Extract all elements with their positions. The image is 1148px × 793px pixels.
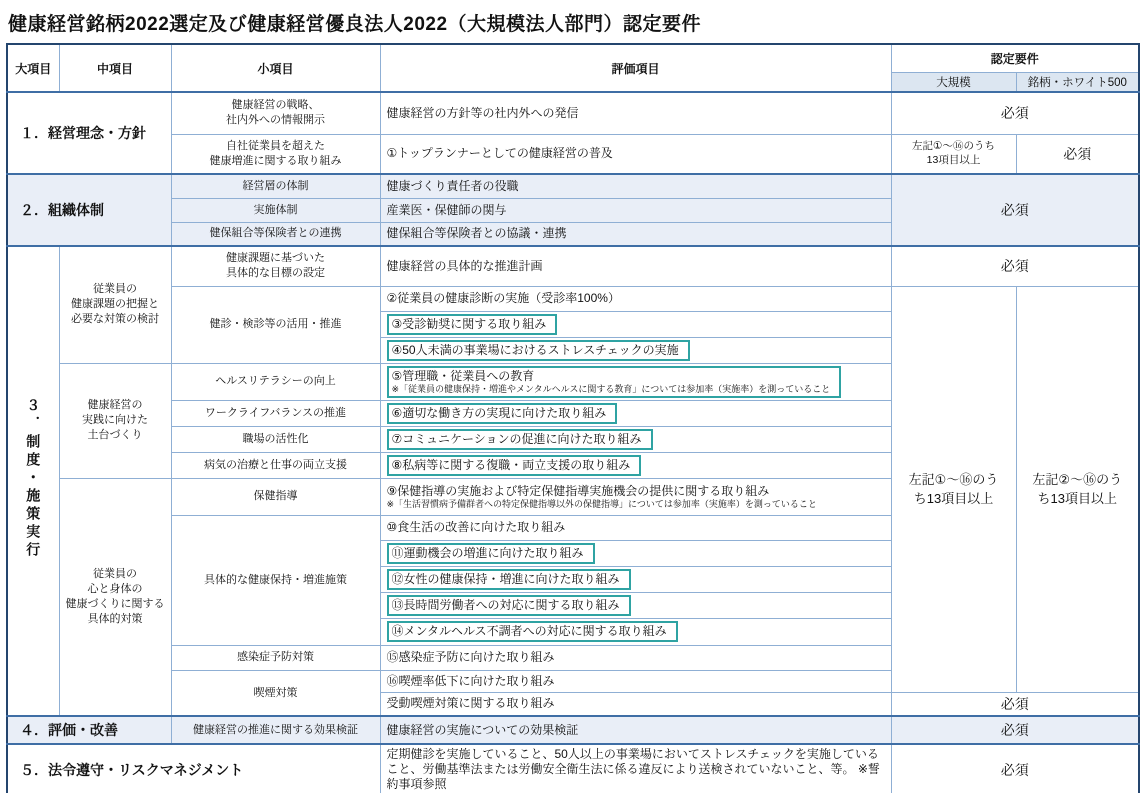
- cell-s1r2-minor: 自社従業員を超えた 健康増進に関する取り組み: [171, 134, 380, 174]
- col-header-cert-large: 大規模: [891, 72, 1016, 92]
- cell-s3r2-eval: ②従業員の健康診断の実施（受診率100%）: [380, 286, 891, 311]
- teal-highlight-box: ⑦コミュニケーションの促進に向けた取り組み: [387, 429, 653, 450]
- cell-s3r3-eval: ③受診勧奨に関する取り組み: [380, 311, 891, 337]
- cell-s3r15-eval: ⑮感染症予防に向けた取り組み: [380, 645, 891, 670]
- cell-s3r9-eval: ⑨保健指導の実施および特定保健指導実施機会の提供に関する取り組み ※「生活習慣病…: [380, 478, 891, 515]
- page-title: 健康経営銘柄2022選定及び健康経営優良法人2022（大規模法人部門）認定要件: [8, 9, 1144, 36]
- teal-highlight-box: ⑭メンタルヘルス不調者への対応に関する取り組み: [387, 621, 678, 642]
- cell-s2r3-eval: 健保組合等保険者との協議・連携: [380, 222, 891, 246]
- eval-item-text: ⑤管理職・従業員への教育: [392, 369, 831, 383]
- cell-s5-cert: 必須: [891, 744, 1139, 793]
- col-header-minor: 小項目: [171, 44, 380, 92]
- teal-highlight-box: ③受診勧奨に関する取り組み: [387, 314, 558, 335]
- cell-s3-cert-brand: 左記②～⑯のう ち13項目以上: [1016, 286, 1139, 692]
- teal-highlight-box: ⑫女性の健康保持・増進に向けた取り組み: [387, 569, 631, 590]
- cell-s3r1-eval: 健康経営の具体的な推進計画: [380, 246, 891, 286]
- col-header-cert-brand: 銘柄・ホワイト500: [1016, 72, 1139, 92]
- cell-s3r13-eval: ⑬長時間労働者への対応に関する取り組み: [380, 592, 891, 618]
- cell-s3r10-minor: 具体的な健康保持・増進施策: [171, 515, 380, 645]
- col-header-major: 大項目: [7, 44, 59, 92]
- cell-s3r6-eval: ⑥適切な働き方の実現に向けた取り組み: [380, 400, 891, 426]
- cell-s1r1-eval: 健康経営の方針等の社内外への発信: [380, 92, 891, 134]
- cell-s3r5-eval: ⑤管理職・従業員への教育 ※「従業員の健康保持・増進やメンタルヘルスに関する教育…: [380, 363, 891, 400]
- cell-s3-cert-large: 左記①～⑯のう ち13項目以上: [891, 286, 1016, 692]
- certification-requirements-table: 大項目 中項目 小項目 評価項目 認定要件 大規模 銘柄・ホワイト500 １．経…: [6, 43, 1140, 793]
- teal-highlight-box: ⑧私病等に関する復職・両立支援の取り組み: [387, 455, 642, 476]
- cell-s2r1-minor: 経営層の体制: [171, 174, 380, 198]
- cell-s3-mid1: 従業員の 健康課題の把握と 必要な対策の検討: [59, 246, 171, 363]
- cell-s3r4-eval: ④50人未満の事業場におけるストレスチェックの実施: [380, 337, 891, 363]
- cell-s5-eval: 定期健診を実施していること、50人以上の事業場においてストレスチェックを実施して…: [380, 744, 891, 793]
- cell-s1r2-cert-large: 左記①～⑯のうち 13項目以上: [891, 134, 1016, 174]
- cell-s3r7-eval: ⑦コミュニケーションの促進に向けた取り組み: [380, 426, 891, 452]
- section-3-label: ３．制度・施策実行: [7, 246, 59, 716]
- cell-s3r12-eval: ⑫女性の健康保持・増進に向けた取り組み: [380, 566, 891, 592]
- page: 健康経営銘柄2022選定及び健康経営優良法人2022（大規模法人部門）認定要件 …: [0, 0, 1148, 793]
- cell-s3r16-minor: 喫煙対策: [171, 670, 380, 716]
- cell-s3-mid2: 健康経営の 実践に向けた 土台づくり: [59, 363, 171, 478]
- cell-s3-mid3: 従業員の 心と身体の 健康づくりに関する 具体的対策: [59, 478, 171, 716]
- cell-s2-cert: 必須: [891, 174, 1139, 246]
- cell-s1r2-eval: ①トップランナーとしての健康経営の普及: [380, 134, 891, 174]
- teal-highlight-box: ⑤管理職・従業員への教育 ※「従業員の健康保持・増進やメンタルヘルスに関する教育…: [387, 366, 842, 398]
- cell-s3r1-cert: 必須: [891, 246, 1139, 286]
- col-header-eval: 評価項目: [380, 44, 891, 92]
- cell-s4-cert: 必須: [891, 716, 1139, 744]
- cell-s3r1-minor: 健康課題に基づいた 具体的な目標の設定: [171, 246, 380, 286]
- cell-s3r17-eval: 受動喫煙対策に関する取り組み: [380, 692, 891, 716]
- cell-s3r5-minor: ヘルスリテラシーの向上: [171, 363, 380, 400]
- cell-s2r2-eval: 産業医・保健師の関与: [380, 198, 891, 222]
- cell-s2r3-minor: 健保組合等保険者との連携: [171, 222, 380, 246]
- cell-s3r14-eval: ⑭メンタルヘルス不調者への対応に関する取り組み: [380, 618, 891, 645]
- cell-s3r2-minor: 健診・検診等の活用・推進: [171, 286, 380, 363]
- section-4-label: ４．評価・改善: [7, 716, 171, 744]
- teal-highlight-box: ⑪運動機会の増進に向けた取り組み: [387, 543, 595, 564]
- teal-highlight-box: ④50人未満の事業場におけるストレスチェックの実施: [387, 340, 690, 361]
- cell-s1r1-cert: 必須: [891, 92, 1139, 134]
- cell-s3r17-cert: 必須: [891, 692, 1139, 716]
- col-header-cert: 認定要件: [891, 44, 1139, 72]
- cell-s3r10-eval: ⑩食生活の改善に向けた取り組み: [380, 515, 891, 540]
- cell-s3r16-eval: ⑯喫煙率低下に向けた取り組み: [380, 670, 891, 692]
- cell-s2r1-eval: 健康づくり責任者の役職: [380, 174, 891, 198]
- teal-highlight-box: ⑬長時間労働者への対応に関する取り組み: [387, 595, 631, 616]
- section-5-label: ５．法令遵守・リスクマネジメント: [7, 744, 380, 793]
- col-header-mid: 中項目: [59, 44, 171, 92]
- section-1-label: １．経営理念・方針: [7, 92, 171, 174]
- eval-item-text: ⑨保健指導の実施および特定保健指導実施機会の提供に関する取り組み: [387, 484, 885, 498]
- teal-highlight-box: ⑥適切な働き方の実現に向けた取り組み: [387, 403, 618, 424]
- cell-s4-eval: 健康経営の実施についての効果検証: [380, 716, 891, 744]
- cell-s1r2-cert-brand: 必須: [1016, 134, 1139, 174]
- cell-s3r11-eval: ⑪運動機会の増進に向けた取り組み: [380, 540, 891, 566]
- eval-item-note: ※「従業員の健康保持・増進やメンタルヘルスに関する教育」については参加率（実施率…: [392, 384, 831, 395]
- cell-s4-minor: 健康経営の推進に関する効果検証: [171, 716, 380, 744]
- cell-s3r9-minor: 保健指導: [171, 478, 380, 515]
- cell-s3r7-minor: 職場の活性化: [171, 426, 380, 452]
- cell-s2r2-minor: 実施体制: [171, 198, 380, 222]
- cell-s3r8-minor: 病気の治療と仕事の両立支援: [171, 452, 380, 478]
- eval-item-note: ※「生活習慣病予備群者への特定保健指導以外の保健指導」については参加率（実施率）…: [387, 499, 885, 510]
- section-2-label: ２．組織体制: [7, 174, 171, 246]
- cell-s3r8-eval: ⑧私病等に関する復職・両立支援の取り組み: [380, 452, 891, 478]
- cell-s3r6-minor: ワークライフバランスの推進: [171, 400, 380, 426]
- cell-s3r15-minor: 感染症予防対策: [171, 645, 380, 670]
- cell-s1r1-minor: 健康経営の戦略、 社内外への情報開示: [171, 92, 380, 134]
